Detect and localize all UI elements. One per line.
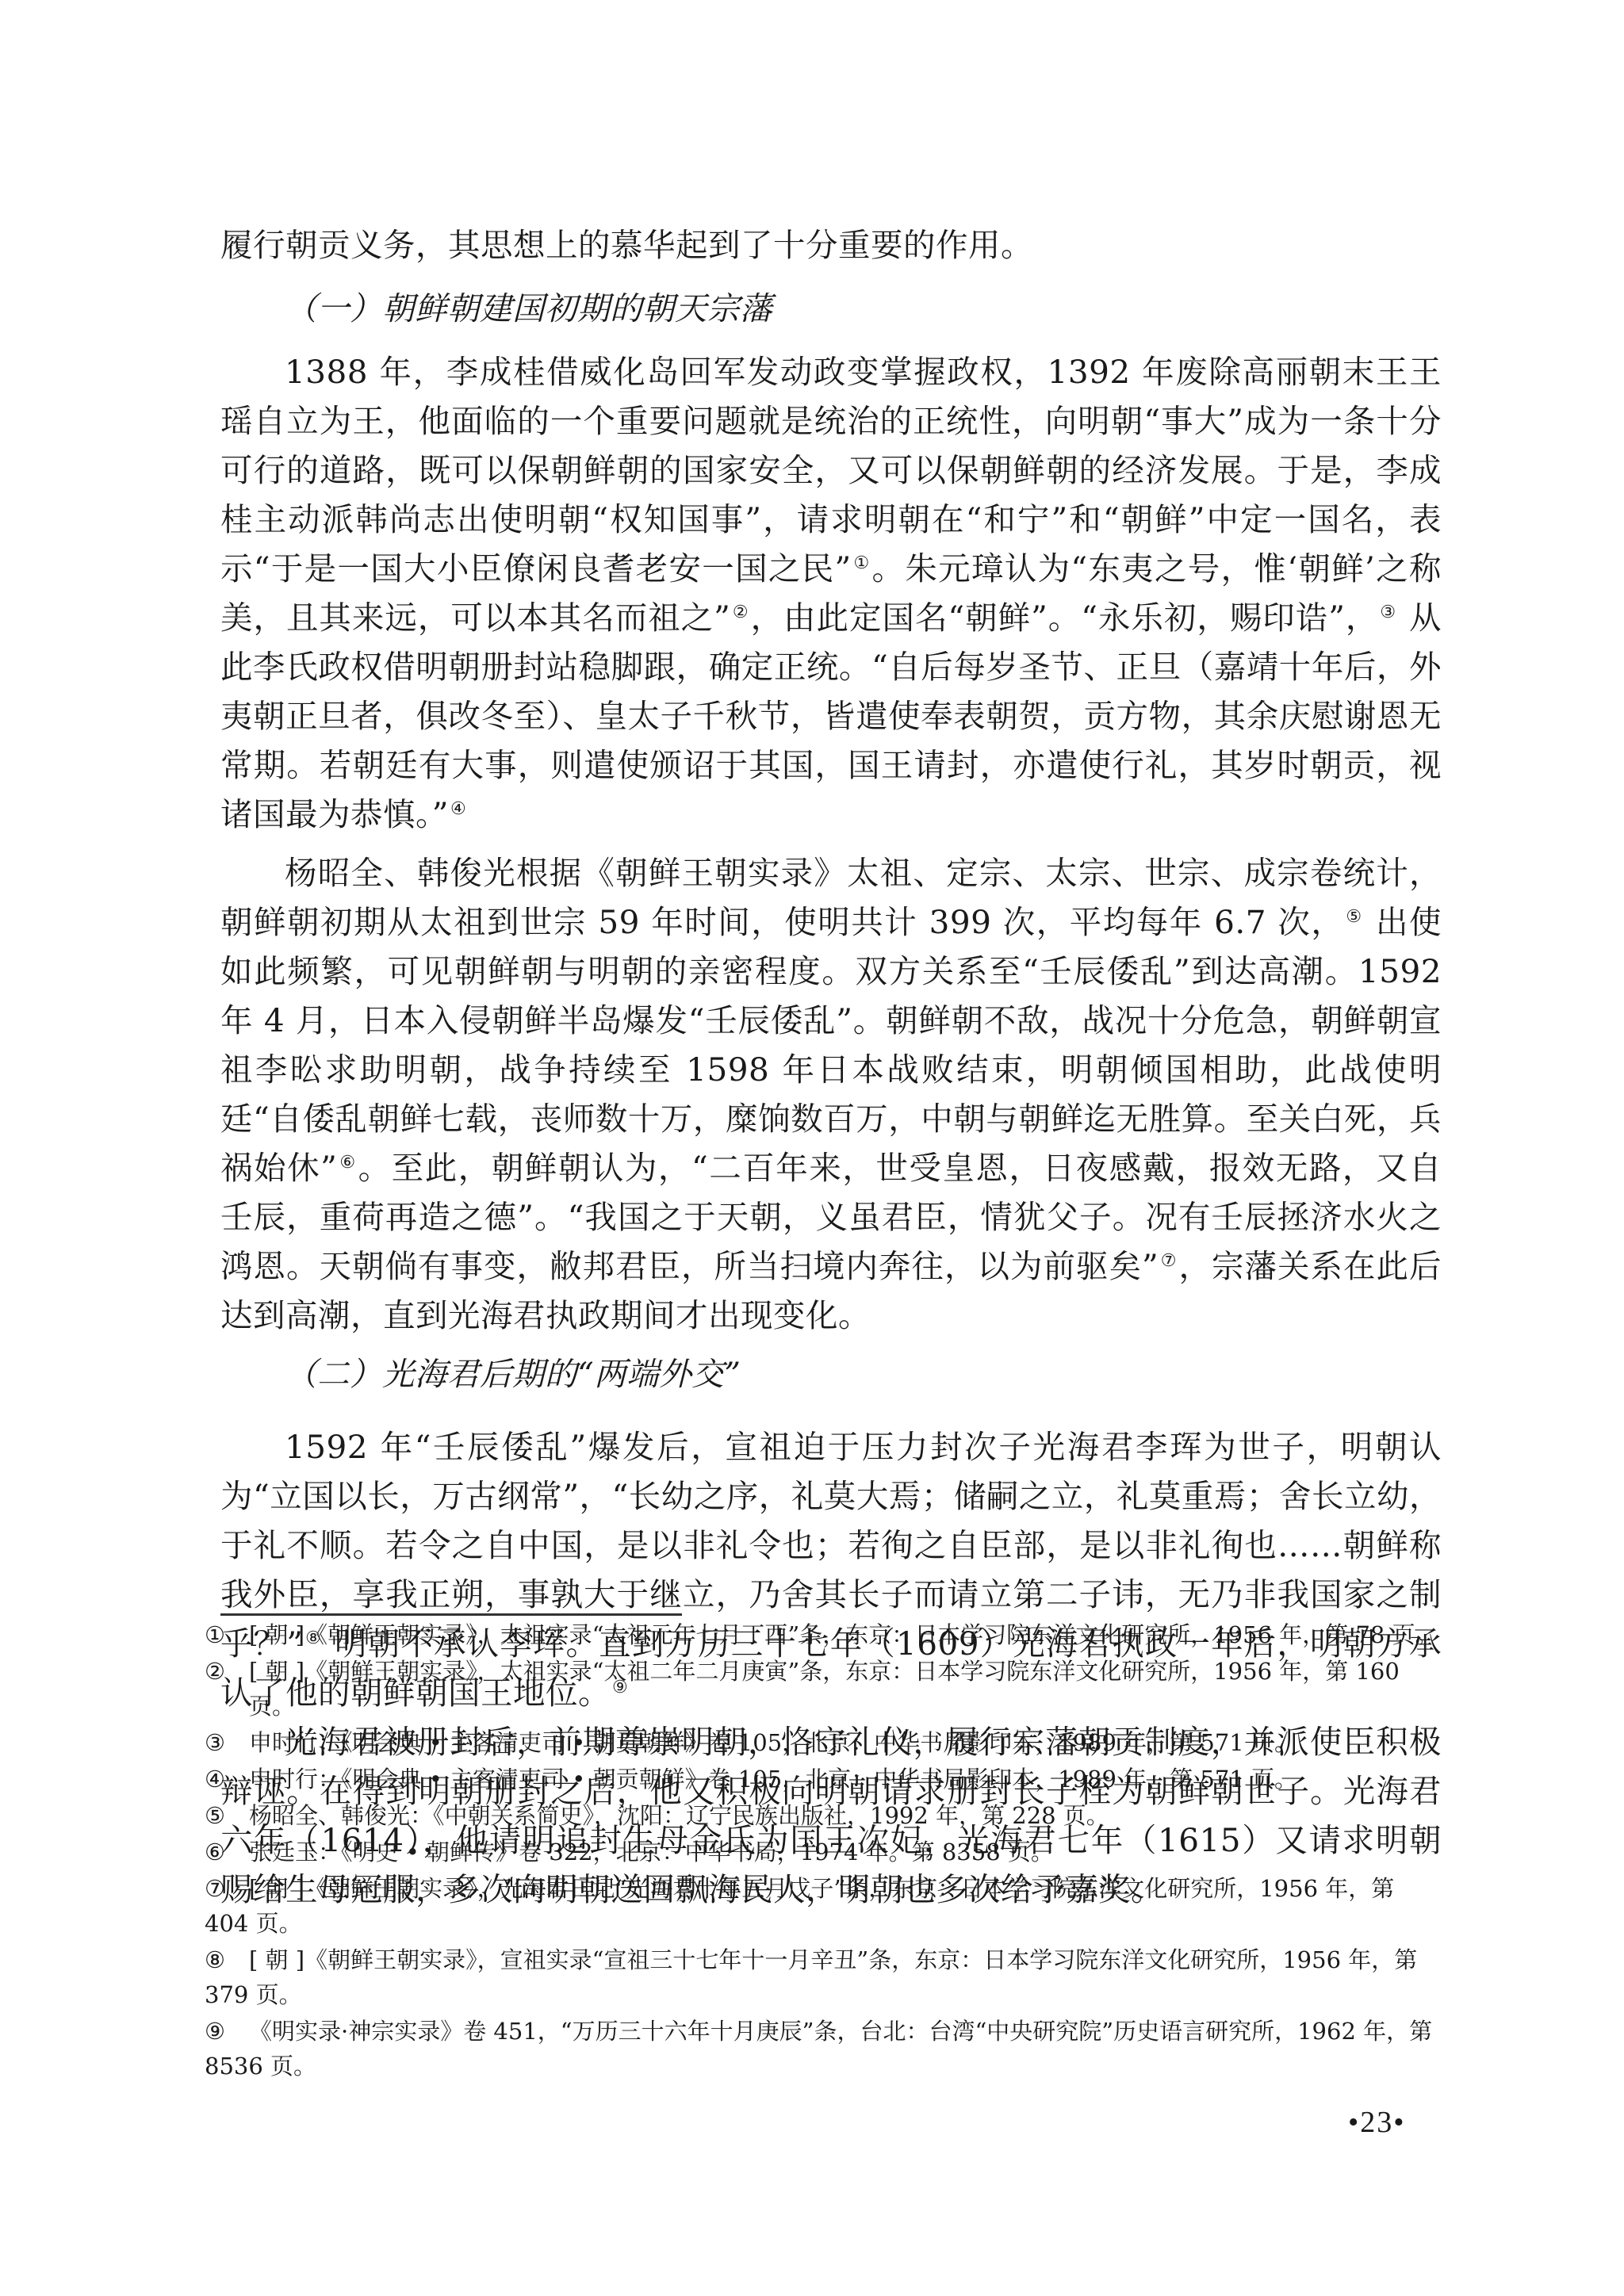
footnote-ref-1[interactable]: ① <box>853 553 871 573</box>
footnote-number: ⑤ <box>205 1798 249 1833</box>
footnote-2: ② [ 朝 ]《朝鲜王朝实录》，太祖实录“太祖二年二月庚寅”条，东京：日本学习院… <box>205 1654 1442 1724</box>
paragraph-intro-continuation: 履行朝贡义务，其思想上的慕华起到了十分重要的作用。 <box>220 220 1442 270</box>
footnote-ref-3[interactable]: ③ <box>1380 603 1396 622</box>
footnote-number: ⑥ <box>205 1835 249 1869</box>
footnote-text: [ 朝 ]《朝鲜王朝实录》，宣祖实录“宣祖三十七年十一月辛丑”条，东京：日本学习… <box>205 1946 1417 2008</box>
footnote-text: 杨昭全、韩俊光：《中朝关系简史》，沈阳：辽宁民族出版社，1992 年，第 228… <box>249 1798 1442 1833</box>
footnote-number: ④ <box>205 1762 249 1797</box>
paragraph-1-text-c: ，由此定国名“朝鲜”。“永乐初，赐印诰”， <box>751 599 1379 637</box>
footnote-6: ⑥ 张廷玉：《明史 • 朝鲜传》卷 322，北京：中华书局，1974 年。第 8… <box>205 1835 1442 1869</box>
footnotes: ① [ 朝 ]《朝鲜王朝实录》，太祖实录“太祖元年七月丁酉”条，东京：日本学习院… <box>205 1617 1442 2085</box>
section-heading-1: （一）朝鲜朝建国初期的朝天宗藩 <box>220 279 1442 347</box>
paragraph-1: 1388 年，李成桂借威化岛回军发动政变掌握政权，1392 年废除高丽朝末王王瑶… <box>220 347 1442 839</box>
footnote-number: ② <box>205 1654 249 1724</box>
footnote-ref-4[interactable]: ④ <box>450 799 466 819</box>
paragraph-2-text-a: 杨昭全、韩俊光根据《朝鲜王朝实录》太祖、定宗、太宗、世宗、成宗卷统计，朝鲜朝初期… <box>220 854 1442 941</box>
footnote-9: ⑨《明实录·神宗实录》卷 451，“万历三十六年十月庚辰”条，台北：台湾“中央研… <box>205 2014 1442 2084</box>
footnote-7: ⑦[ 朝 ]《朝鲜王朝实录》，光海君日记“光海君十年五月戊子”条，东京：日本学习… <box>205 1871 1442 1941</box>
footnote-ref-6[interactable]: ⑥ <box>339 1153 356 1173</box>
footnote-text: 申时行：《明会典 • 主客清吏司 • 朝贡朝鲜》卷 105，北京：中华书局影印本… <box>249 1725 1442 1760</box>
footnote-1: ① [ 朝 ]《朝鲜王朝实录》，太祖实录“太祖元年七月丁酉”条，东京：日本学习院… <box>205 1617 1442 1652</box>
footnote-text: [ 朝 ]《朝鲜王朝实录》，光海君日记“光海君十年五月戊子”条，东京：日本学习院… <box>205 1875 1394 1937</box>
paragraph-2: 杨昭全、韩俊光根据《朝鲜王朝实录》太祖、定宗、太宗、世宗、成宗卷统计，朝鲜朝初期… <box>220 848 1442 1340</box>
footnote-number: ③ <box>205 1725 249 1760</box>
footnote-4: ④ 申时行：《明会典 • 主客清吏司 • 朝贡朝鲜》卷 105，北京：中华书局影… <box>205 1762 1442 1797</box>
footnote-3: ③ 申时行：《明会典 • 主客清吏司 • 朝贡朝鲜》卷 105，北京：中华书局影… <box>205 1725 1442 1760</box>
paragraph-2-text-b: 出使如此频繁，可见朝鲜朝与明朝的亲密程度。双方关系至“壬辰倭乱”到达高潮。159… <box>220 903 1442 1187</box>
footnote-number: ① <box>205 1617 249 1652</box>
footnote-number: ⑦ <box>205 1871 249 1906</box>
footnote-number: ⑧ <box>205 1942 249 1977</box>
section-heading-2: （二）光海君后期的“两端外交” <box>220 1340 1442 1422</box>
footnote-8: ⑧[ 朝 ]《朝鲜王朝实录》，宣祖实录“宣祖三十七年十一月辛丑”条，东京：日本学… <box>205 1942 1442 2012</box>
footnote-separator <box>220 1613 682 1616</box>
footnote-text: [ 朝 ]《朝鲜王朝实录》，太祖实录“太祖元年七月丁酉”条，东京：日本学习院东洋… <box>249 1617 1442 1652</box>
footnote-ref-7[interactable]: ⑦ <box>1160 1251 1177 1271</box>
footnote-5: ⑤ 杨昭全、韩俊光：《中朝关系简史》，沈阳：辽宁民族出版社，1992 年，第 2… <box>205 1798 1442 1833</box>
footnote-text: 《明实录·神宗实录》卷 451，“万历三十六年十月庚辰”条，台北：台湾“中央研究… <box>205 2018 1432 2080</box>
footnote-ref-5[interactable]: ⑤ <box>1346 907 1362 927</box>
footnote-text: 申时行：《明会典 • 主客清吏司 • 朝贡朝鲜》卷 105，北京：中华书局影印本… <box>249 1762 1442 1797</box>
footnote-number: ⑨ <box>205 2014 249 2049</box>
footnote-text: 张廷玉：《明史 • 朝鲜传》卷 322，北京：中华书局，1974 年。第 835… <box>249 1835 1442 1869</box>
footnote-ref-2[interactable]: ② <box>732 603 749 622</box>
footnote-text: [ 朝 ]《朝鲜王朝实录》，太祖实录“太祖二年二月庚寅”条，东京：日本学习院东洋… <box>249 1654 1442 1724</box>
page-number: •23• <box>1348 2105 1406 2140</box>
